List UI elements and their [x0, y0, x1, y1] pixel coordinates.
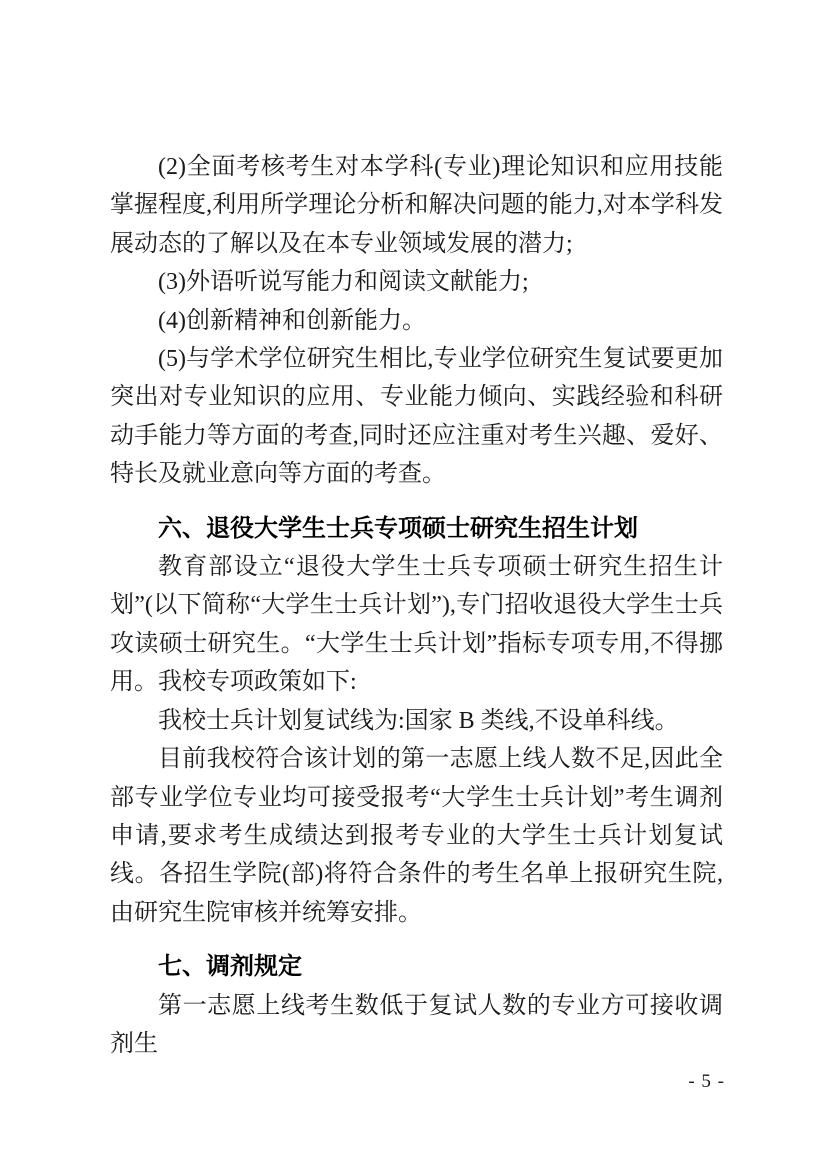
paragraph-criteria-3: (3)外语听说写能力和阅读文献能力;	[110, 263, 723, 301]
paragraph-criteria-5: (5)与学术学位研究生相比,专业学位研究生复试要更加突出对专业知识的应用、专业能…	[110, 340, 723, 494]
paragraph-soldier-plan-transfer-policy: 目前我校符合该计划的第一志愿上线人数不足,因此全部专业学位专业均可接受报考“大学…	[110, 740, 723, 932]
page-number: - 5 -	[688, 1071, 725, 1093]
paragraph-soldier-plan-score-line: 我校士兵计划复试线为:国家 B 类线,不设单科线。	[110, 702, 723, 740]
paragraph-criteria-4: (4)创新精神和创新能力。	[110, 302, 723, 340]
paragraph-criteria-2: (2)全面考核考生对本学科(专业)理论知识和应用技能掌握程度,利用所学理论分析和…	[110, 148, 723, 263]
paragraph-adjustment-rule-first-line: 第一志愿上线考生数低于复试人数的专业方可接收调剂生	[110, 987, 723, 1064]
section-heading-7-adjustment-rules: 七、调剂规定	[110, 948, 723, 986]
document-page: (2)全面考核考生对本学科(专业)理论知识和应用技能掌握程度,利用所学理论分析和…	[0, 0, 827, 1169]
document-content: (2)全面考核考生对本学科(专业)理论知识和应用技能掌握程度,利用所学理论分析和…	[110, 148, 723, 1063]
section-heading-6-veteran-soldier-plan: 六、退役大学生士兵专项硕士研究生招生计划	[110, 510, 723, 548]
paragraph-moe-plan-intro: 教育部设立“退役大学生士兵专项硕士研究生招生计划”(以下简称“大学生士兵计划”)…	[110, 548, 723, 702]
